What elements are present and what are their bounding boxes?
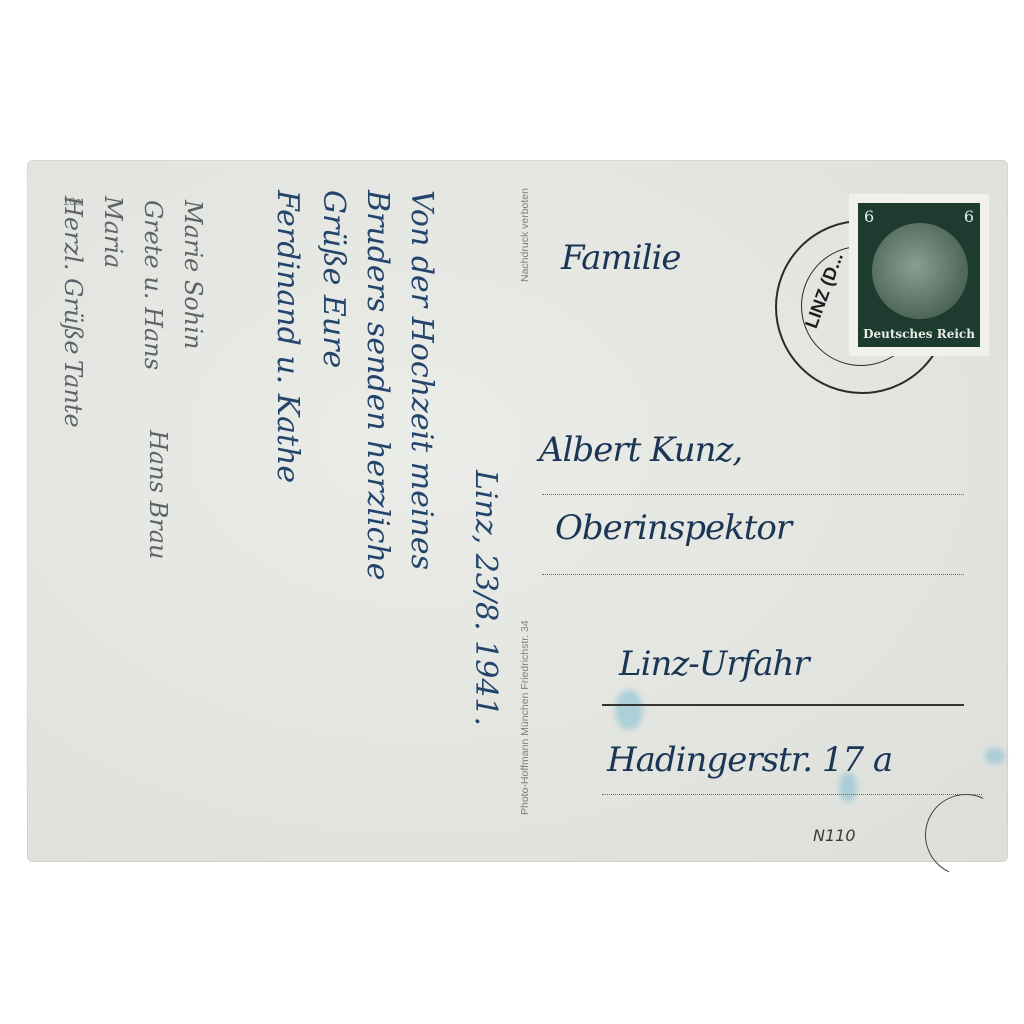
pencil-signature: Maria xyxy=(99,196,127,268)
stamp-country: Deutsches Reich xyxy=(858,327,980,341)
copyright-notice: Nachdruck verboten xyxy=(519,188,531,282)
stamp-denomination: 6 xyxy=(964,207,974,226)
postmark-text: LINZ (D... xyxy=(801,250,848,331)
address-line-2: Albert Kunz, xyxy=(539,430,742,470)
address-dotted-line xyxy=(602,794,982,795)
pencil-signature: Herzl. Grüße xyxy=(59,196,87,355)
postage-stamp: 6 6 Deutsches Reich xyxy=(849,194,989,356)
pencil-signature: Grete u. Hans xyxy=(139,200,167,370)
address-line-1: Familie xyxy=(561,238,681,278)
pencil-signature: Hans Brau xyxy=(144,430,172,560)
pencil-mark xyxy=(913,782,1018,887)
ink-stain xyxy=(615,690,643,730)
archive-note: N110 xyxy=(813,826,856,845)
message-line: Von der Hochzeit meines xyxy=(404,190,439,570)
message-line: Ferdinand u. Kathe xyxy=(270,190,305,483)
publisher-imprint: Photo-Hoffmann München Friedrichstr. 34 xyxy=(519,620,531,815)
address-line-3: Oberinspektor xyxy=(555,508,791,548)
ink-stain xyxy=(985,748,1005,764)
pencil-signature: Marie Sohin xyxy=(179,200,207,349)
address-dotted-line xyxy=(542,494,964,495)
postcard: 10a Nachdruck verboten Photo-Hoffmann Mü… xyxy=(27,160,1008,862)
message-line: Bruders senden herzliche xyxy=(360,190,395,581)
address-line-5: Hadingerstr. 17 a xyxy=(607,740,892,780)
stamp-denomination: 6 xyxy=(864,207,874,226)
message-line: Grüße Eure xyxy=(316,190,351,368)
address-dotted-line xyxy=(542,574,964,575)
pencil-signature: Tante xyxy=(59,360,87,428)
address-underline xyxy=(602,704,964,706)
portrait-icon xyxy=(872,223,968,319)
address-line-4: Linz-Urfahr xyxy=(619,644,809,684)
place-date: Linz, 23/8. 1941. xyxy=(468,470,503,726)
